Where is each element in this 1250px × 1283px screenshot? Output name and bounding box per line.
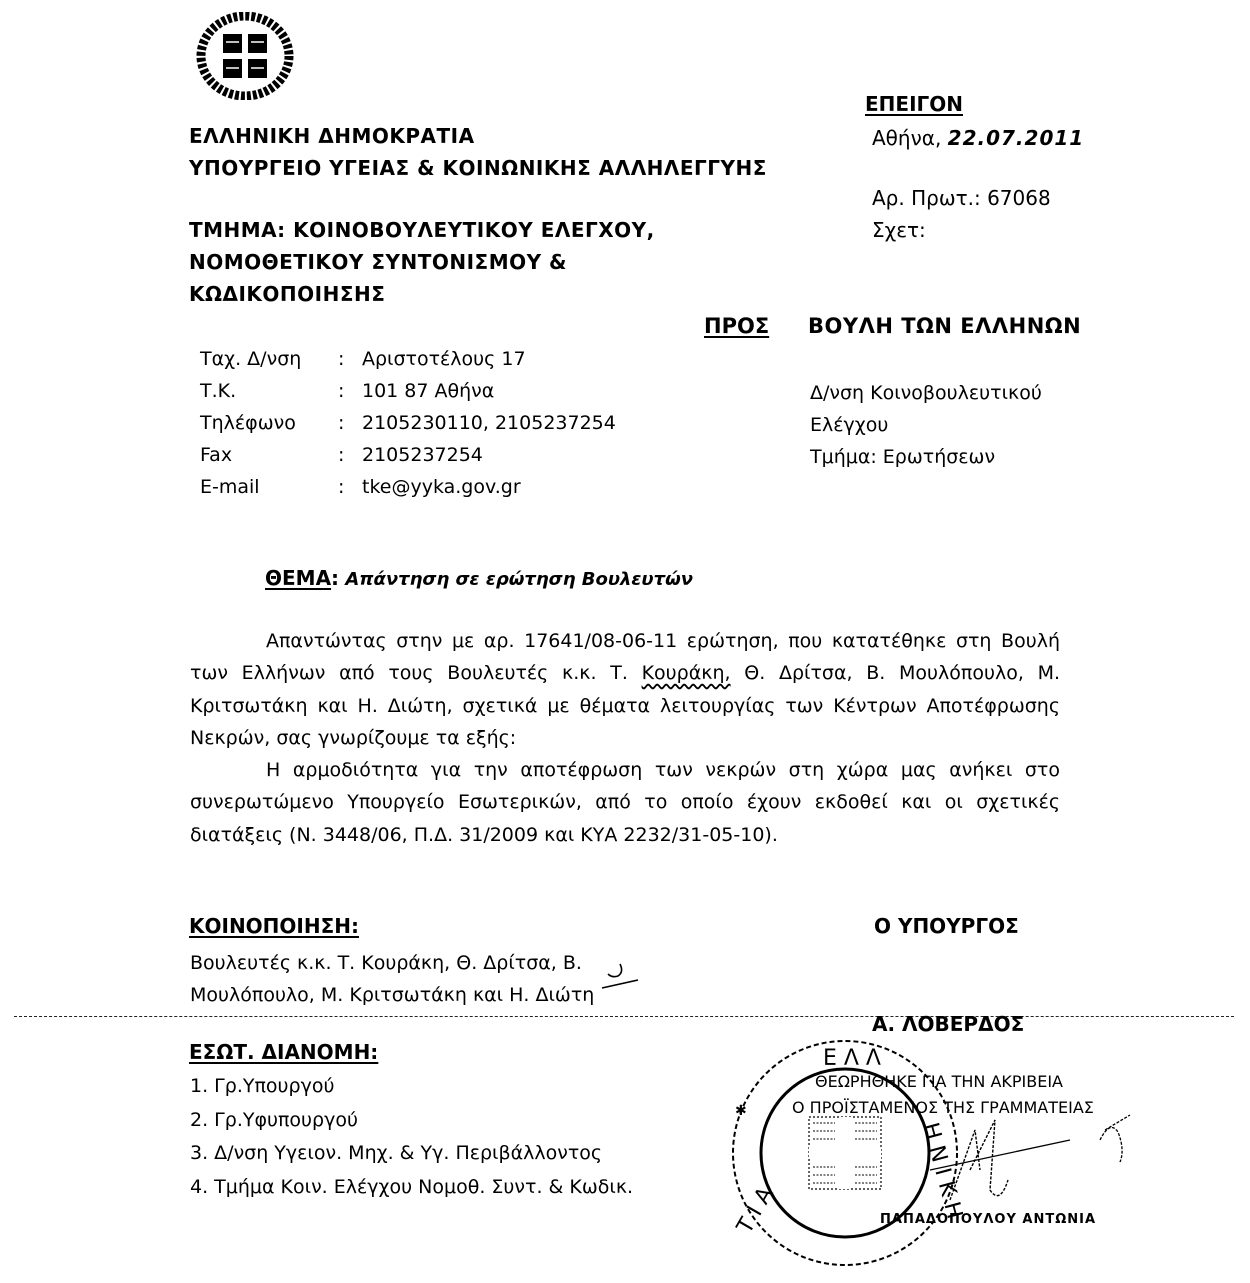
subject-line: ΘΕΜΑ: Απάντηση σε ερώτηση Βουλευτών <box>265 566 693 590</box>
divider-line <box>14 1016 1234 1017</box>
urgent-label: ΕΠΕΙΓΟΝ <box>865 92 963 116</box>
recipient-line: Δ/νση Κοινοβουλευτικού <box>810 377 1042 409</box>
contact-key: Ταχ. Δ/νση <box>200 343 338 375</box>
list-item: 4. Τμήμα Κοιν. Ελέγχου Νομοθ. Συντ. & Κω… <box>190 1171 633 1205</box>
contact-key: Fax <box>200 439 338 471</box>
cc-line: Βουλευτές κ.κ. Τ. Κουράκη, Θ. Δρίτσα, Β. <box>190 947 594 979</box>
recipient-line: Ελέγχου <box>810 409 1042 441</box>
list-item: 1. Γρ.Υπουργού <box>190 1070 633 1104</box>
related-label: Σχετ: <box>872 218 926 242</box>
signatory-name: Α. ΛΟΒΕΡΔΟΣ <box>872 1012 1024 1036</box>
contact-sep: : <box>338 471 362 503</box>
contact-details: Ταχ. Δ/νση : Αριστοτέλους 17 Τ.Κ. : 101 … <box>200 343 616 503</box>
list-item: 3. Δ/νση Υγειον. Μηχ. & Υγ. Περιβάλλοντο… <box>190 1137 633 1171</box>
country-name: ΕΛΛΗΝΙΚΗ ΔΗΜΟΚΡΑΤΙΑ <box>189 120 767 152</box>
ministry-name: ΥΠΟΥΡΓΕΙΟ ΥΓΕΙΑΣ & ΚΟΙΝΩΝΙΚΗΣ ΑΛΛΗΛΕΓΓΥΗ… <box>189 152 767 184</box>
protocol-label: Αρ. Πρωτ.: <box>872 186 981 210</box>
contact-key: Τηλέφωνο <box>200 407 338 439</box>
recipient-line: Τμήμα: Ερωτήσεων <box>810 441 1042 473</box>
contact-key: E-mail <box>200 471 338 503</box>
contact-key: Τ.Κ. <box>200 375 338 407</box>
body-paragraph: Απαντώντας στην με αρ. 17641/08-06-11 ερ… <box>190 625 1060 754</box>
handwritten-tick-icon <box>598 962 643 992</box>
handwritten-date: 22.07.2011 <box>948 126 1085 150</box>
internal-distribution-title: ΕΣΩΤ. ΔΙΑΝΟΜΗ: <box>189 1040 378 1064</box>
cc-line: Μουλόπουλο, Μ. Κριτσωτάκη και Η. Διώτη <box>190 979 594 1011</box>
list-item: 2. Γρ.Υφυπουργού <box>190 1104 633 1138</box>
date-line: Αθήνα, 22.07.2011 <box>872 126 1084 150</box>
cc-title: ΚΟΙΝΟΠΟΙΗΣΗ: <box>189 914 359 938</box>
department-line: ΤΜΗΜΑ: ΚΟΙΝΟΒΟΥΛΕΥΤΙΚΟΥ ΕΛΕΓΧΟΥ, <box>189 214 655 246</box>
contact-value: 101 87 Αθήνα <box>362 375 616 407</box>
cc-recipients: Βουλευτές κ.κ. Τ. Κουράκη, Θ. Δρίτσα, Β.… <box>190 947 594 1011</box>
subject-label: ΘΕΜΑ <box>265 566 331 590</box>
internal-distribution-list: 1. Γρ.Υπουργού 2. Γρ.Υφυπουργού 3. Δ/νση… <box>190 1070 633 1204</box>
contact-value: Αριστοτέλους 17 <box>362 343 616 375</box>
letter-body: Απαντώντας στην με αρ. 17641/08-06-11 ερ… <box>190 625 1060 851</box>
contact-row: E-mail : tke@yyka.gov.gr <box>200 471 616 503</box>
subject-text: Απάντηση σε ερώτηση Βουλευτών <box>345 569 693 590</box>
department-line: ΝΟΜΟΘΕΤΙΚΟΥ ΣΥΝΤΟΝΙΣΜΟΥ & <box>189 246 655 278</box>
contact-row: Fax : 2105237254 <box>200 439 616 471</box>
contact-value: 2105237254 <box>362 439 616 471</box>
contact-row: Τηλέφωνο : 2105230110, 2105237254 <box>200 407 616 439</box>
verification-line: ΘΕΩΡΗΘΗΚΕ ΓΙΑ ΤΗΝ ΑΚΡΙΒΕΙΑ <box>815 1072 1063 1091</box>
contact-value: tke@yyka.gov.gr <box>362 471 616 503</box>
department-line: ΚΩΔΙΚΟΠΟΙΗΣΗΣ <box>189 278 655 310</box>
contact-row: Τ.Κ. : 101 87 Αθήνα <box>200 375 616 407</box>
recipient-details: Δ/νση Κοινοβουλευτικού Ελέγχου Τμήμα: Ερ… <box>810 377 1042 473</box>
body-paragraph: Η αρμοδιότητα για την αποτέφρωση των νεκ… <box>190 754 1060 851</box>
department-block: ΤΜΗΜΑ: ΚΟΙΝΟΒΟΥΛΕΥΤΙΚΟΥ ΕΛΕΓΧΟΥ, ΝΟΜΟΘΕΤ… <box>189 214 655 310</box>
contact-sep: : <box>338 375 362 407</box>
contact-value: 2105230110, 2105237254 <box>362 407 616 439</box>
svg-text:✱: ✱ <box>735 1103 747 1119</box>
contact-sep: : <box>338 439 362 471</box>
recipient-name: ΒΟΥΛΗ ΤΩΝ ΕΛΛΗΝΩΝ <box>808 314 1081 338</box>
signatory-title: Ο ΥΠΟΥΡΓΟΣ <box>874 914 1019 938</box>
to-label: ΠΡΟΣ <box>704 314 769 338</box>
protocol-number: 67068 <box>987 186 1051 210</box>
svg-text:Ε Λ Λ: Ε Λ Λ <box>823 1046 881 1071</box>
contact-sep: : <box>338 407 362 439</box>
underlined-name: Κουράκη, <box>642 662 731 684</box>
contact-sep: : <box>338 343 362 375</box>
place: Αθήνα, <box>872 126 941 150</box>
signature-icon <box>920 1110 1140 1220</box>
issuer-block: ΕΛΛΗΝΙΚΗ ΔΗΜΟΚΡΑΤΙΑ ΥΠΟΥΡΓΕΙΟ ΥΓΕΙΑΣ & Κ… <box>189 120 767 184</box>
subject-colon: : <box>331 566 339 590</box>
protocol-line: Αρ. Πρωτ.: 67068 <box>872 186 1051 210</box>
hellenic-emblem-icon <box>196 12 294 100</box>
contact-row: Ταχ. Δ/νση : Αριστοτέλους 17 <box>200 343 616 375</box>
verifier-name: ΠΑΠΑΔΟΠΟΥΛΟΥ ΑΝΤΩΝΙΑ <box>880 1212 1096 1227</box>
